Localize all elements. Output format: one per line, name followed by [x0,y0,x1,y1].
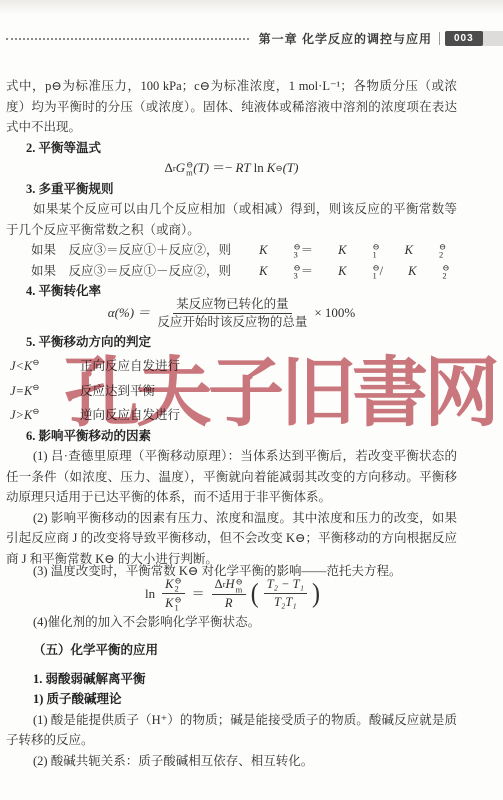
condition-expression: J>K⊖ [8,401,80,426]
k1-constant: K⊖1 [313,261,379,282]
k1-constant: K⊖1 [165,595,181,611]
ln-operator: ln [254,158,264,179]
fraction-denominator: T₂T₁ [274,594,297,610]
fraction-denominator: K⊖1 [165,594,181,611]
paragraph-conjugate: (2) 酸碱共轭关系：质子酸碱相互依存、相互转化。 [6,751,457,772]
heading-weak-acid-base: 1. 弱酸弱碱解离平衡 [6,669,457,690]
chapter-title: 第一章 化学反应的调控与应用 [259,30,432,47]
equals-sign: ＝ [301,264,314,278]
fraction-numerator: 某反应物已转化的量 [173,297,292,314]
conversion-fraction: 某反应物已转化的量 反应开始时该反应物的总量 [157,297,307,330]
judgment-reverse: J>K⊖逆向反应自发进行 [6,401,457,426]
rhs-argument: (T) [283,158,299,179]
alpha-term: α(%) ＝ [108,303,151,324]
fraction-numerator: ΔrH⊖m [212,577,246,595]
fraction-numerator: K⊖2 [162,576,184,594]
equation-isotherm: ΔrG⊖m(T)＝−RTlnK⊖(T) [6,158,457,179]
paragraph-multiple-equilibrium: 如果某个反应可以由几个反应相加（或相减）得到，则该反应的平衡常数等于几个反应平衡… [6,199,457,240]
fraction-numerator: T₂ − T₁ [264,577,307,594]
open-parenthesis: ( [251,580,259,608]
standard-state-symbol: ⊖ [32,382,39,392]
rt-term: RT [235,158,250,179]
header-divider [439,32,440,45]
heading-factors: 6. 影响平衡移动的因素 [6,426,457,447]
ln-operator: ln [145,584,155,605]
paragraph-acid-definition: (1) 酸是能提供质子（H⁺）的物质；碱是能接受质子的物质。酸碱反应就是质子转移… [6,710,457,751]
delta-r-symbol: Δr [165,158,176,179]
standard-state-symbol: ⊖ [32,357,39,367]
gibbs-energy-symbol: G⊖m [176,158,194,179]
page-body: 式中，p⊖为标准压力，100 kPa；c⊖为标准浓度，1 mol·L⁻¹；各物质… [6,76,457,771]
k1-constant: K⊖1 [313,240,379,261]
paragraph-intro: 式中，p⊖为标准压力，100 kPa；c⊖为标准浓度，1 mol·L⁻¹；各物质… [6,76,457,138]
paragraph-factors: (2) 影响平衡移动的因素有压力、浓度和温度。其中浓度和压力的改变，如果引起反应… [6,508,457,570]
rule-line-addition: 如果 反应③＝反应①＋反应②，则 K⊖3＝K⊖1K⊖2 [6,240,457,261]
equilibrium-constant-symbol: K⊖ [267,158,283,179]
k3-constant: K⊖3 [234,240,300,261]
lhs-argument: (T) [193,158,209,179]
judgment-result: 逆向反应自发进行 [80,408,180,422]
judgment-result: 反应达到平衡 [80,384,155,398]
heading-application: （五）化学平衡的应用 [6,640,457,661]
equals-sign: ＝ [192,584,205,605]
rule-line-subtraction: 如果 反应③＝反应①－反应②，则 K⊖3＝K⊖1/K⊖2 [6,261,457,282]
page-number-bar: 003 [445,31,503,46]
condition-expression: J<K⊖ [8,352,80,377]
temperature-fraction: T₂ − T₁ T₂T₁ [264,577,307,610]
equals-sign: ＝ [301,243,314,257]
heading-multiple-equilibrium: 3. 多重平衡规则 [6,179,457,200]
close-parenthesis: ) [312,580,320,608]
rule-text: 如果 反应③＝反应①－反应②，则 [31,264,234,278]
heading-isotherm: 2. 平衡等温式 [6,138,457,159]
enthalpy-fraction: ΔrH⊖m R [212,577,246,611]
delta-r-symbol: Δr [215,577,226,592]
times-100-percent: × 100% [314,303,355,324]
page-header: 第一章 化学反应的调控与应用 003 [6,30,503,47]
judgment-result: 正向反应自发进行 [80,359,180,373]
enthalpy-symbol: H⊖m [226,577,243,593]
judgment-forward: J<K⊖正向反应自发进行 [6,352,457,377]
heading-proton-theory: 1) 质子酸碱理论 [6,689,457,710]
page-number: 003 [445,31,483,46]
gas-constant-symbol: R [225,595,233,611]
condition-expression: J=K⊖ [8,377,80,402]
k2-constant: K⊖2 [380,240,446,261]
standard-state-symbol: ⊖ [32,406,39,416]
book-page: 第一章 化学反应的调控与应用 003 式中，p⊖为标准压力，100 kPa；c⊖… [0,0,503,800]
paragraph-le-chatelier: (1) 吕·查德里原理（平衡移动原理）：当体系达到平衡后，若改变平衡状态的任一条… [6,446,457,508]
heading-shift-direction: 5. 平衡移动方向的判定 [6,332,457,353]
rule-text: 如果 反应③＝反应①＋反应②，则 [31,243,234,257]
equals-sign: ＝− [212,158,232,179]
judgment-equilibrium: J=K⊖反应达到平衡 [6,377,457,402]
k-ratio-fraction: K⊖2 K⊖1 [162,576,184,611]
k2-constant: K⊖2 [383,261,449,282]
header-dotted-line [6,38,249,40]
paragraph-catalyst: (4)催化剂的加入不会影响化学平衡状态。 [6,612,457,633]
k3-constant: K⊖3 [234,261,300,282]
fraction-denominator: 反应开始时该反应物的总量 [157,314,307,330]
k2-constant: K⊖2 [165,576,181,592]
